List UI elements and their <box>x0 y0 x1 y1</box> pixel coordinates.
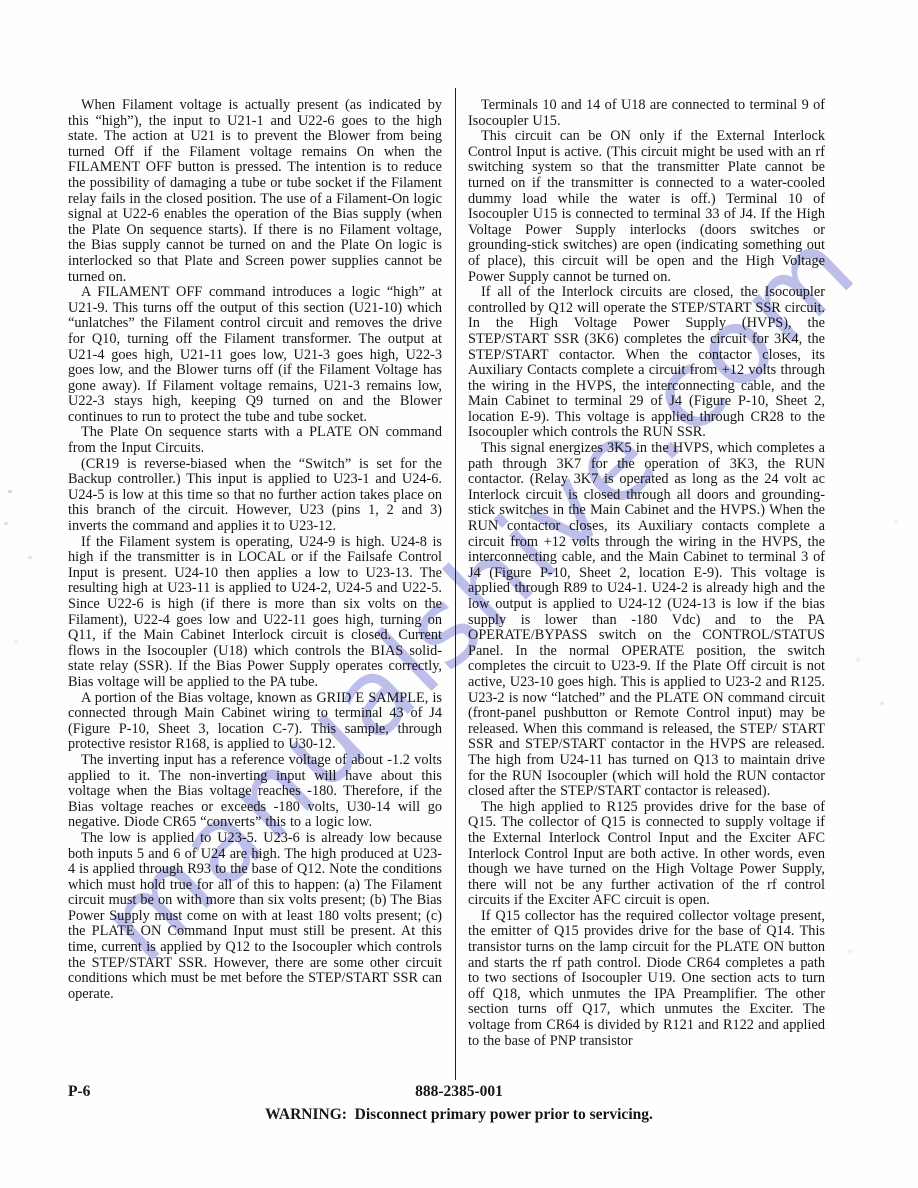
paragraph: The low is applied to U23-5. U23-6 is al… <box>68 831 442 1003</box>
page-footer: P-6 888-2385-001 <box>0 1083 918 1103</box>
scan-noise-specks <box>8 490 12 493</box>
paragraph: The high applied to R125 provides drive … <box>468 800 825 909</box>
paragraph: If the Filament system is operating, U24… <box>68 535 442 691</box>
paragraph: The inverting input has a reference volt… <box>68 753 442 831</box>
paragraph: A FILAMENT OFF command introduces a logi… <box>68 285 442 425</box>
column-divider-rule <box>455 88 456 1080</box>
paragraph: Terminals 10 and 14 of U18 are connected… <box>468 98 825 129</box>
paragraph: If Q15 collector has the required collec… <box>468 909 825 1049</box>
document-number: 888-2385-001 <box>0 1083 918 1101</box>
paragraph: (CR19 is reverse-biased when the “Switch… <box>68 457 442 535</box>
scanned-manual-page: manualshive.com When Filament voltage is… <box>0 0 918 1188</box>
right-text-column: Terminals 10 and 14 of U18 are connected… <box>468 98 825 1049</box>
paragraph: A portion of the Bias voltage, known as … <box>68 691 442 753</box>
warning-text: WARNING: Disconnect primary power prior … <box>0 1106 918 1124</box>
left-text-column: When Filament voltage is actually presen… <box>68 98 442 1002</box>
paragraph: This circuit can be ON only if the Exter… <box>468 129 825 285</box>
paragraph: When Filament voltage is actually presen… <box>68 98 442 285</box>
paragraph: If all of the Interlock circuits are clo… <box>468 285 825 441</box>
paragraph: The Plate On sequence starts with a PLAT… <box>68 425 442 456</box>
paragraph: This signal energizes 3K5 in the HVPS, w… <box>468 441 825 800</box>
